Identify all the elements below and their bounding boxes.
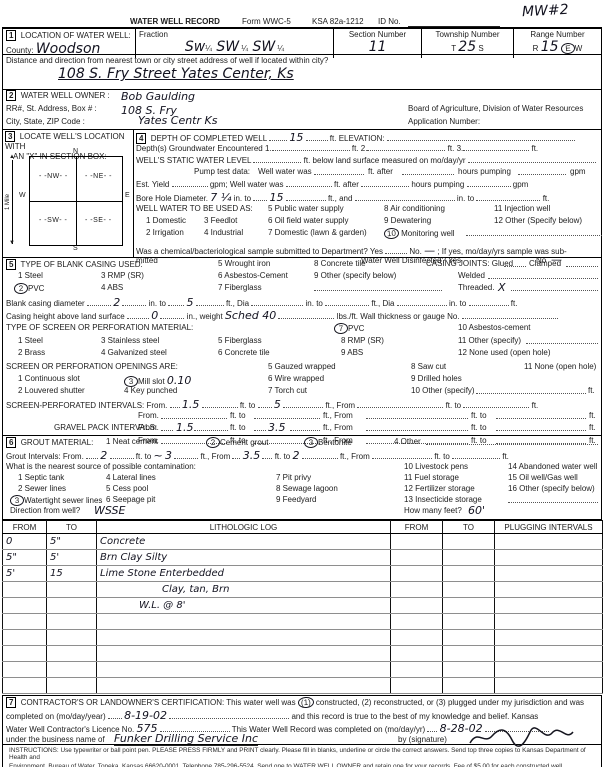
from-label-2: From. (138, 411, 159, 420)
sw-quadrant-label: - -SW- - (39, 217, 67, 224)
se-quadrant-label: - -SE- - (85, 217, 112, 224)
dots (526, 336, 598, 344)
dots (258, 400, 272, 408)
screen-pvc-number: 7 (334, 323, 349, 335)
dots (232, 451, 240, 459)
dots (469, 298, 509, 306)
casing-diameter-value: 2 (113, 296, 120, 309)
dots (496, 423, 586, 431)
east-label: E (125, 192, 130, 199)
gw-3: ft. 3. (448, 144, 464, 153)
bore-hole-label: Bore Hole Diameter. (136, 194, 208, 203)
distance-value: 108 S. Fry Street Yates Center, Ks (3, 66, 601, 82)
mill-slot-label: Mill slot (138, 377, 165, 386)
section-4-depth: 4 DEPTH OF COMPLETED WELL 15 ft. ELEVATI… (134, 130, 601, 257)
fraction-cell: Fraction Sw¼ SW ¼ SW ¼ (135, 29, 333, 58)
watertight-label: Watertight sewer lines (24, 496, 102, 505)
cell-log: Concrete (97, 534, 391, 550)
dots (290, 423, 320, 431)
dots (194, 423, 228, 431)
cell-log (97, 630, 391, 646)
cell-to: 5" (47, 534, 97, 550)
ft-label: ft. (531, 144, 538, 153)
option: 14 Abandoned water well (508, 462, 597, 471)
cell-pto (443, 598, 495, 614)
watertight-option: 3Watertight sewer lines (10, 495, 102, 506)
by-signature-label: by (signature) (398, 735, 447, 744)
application-number-label: Application Number: (408, 117, 480, 126)
table-row (3, 614, 603, 630)
from-label-5: From. (63, 452, 84, 461)
option: 1 Steel (18, 271, 43, 280)
option: 4 Lateral lines (106, 473, 156, 482)
cell-pto (443, 566, 495, 582)
dots (108, 711, 122, 719)
cell-from: 0 (3, 534, 47, 550)
section-6-grout: 6 GROUT MATERIAL: 1 Neat cement 2Cement … (2, 436, 602, 520)
option: 4 Other (394, 437, 421, 446)
dots (355, 193, 455, 201)
grout-intervals-label: Grout Intervals: (6, 452, 61, 461)
distance-row: Distance and direction from nearest town… (2, 55, 602, 90)
dots (511, 283, 598, 291)
option: 1 Continuous slot (18, 374, 80, 383)
table-row (3, 678, 603, 694)
option: 8 Sewage lagoon (276, 484, 338, 493)
signature-scrawl (466, 727, 576, 747)
option: 10 Asbestos-cement (458, 323, 530, 332)
mile-arrow-line (12, 160, 13, 244)
ft-from-label-2: ft., From (323, 411, 353, 420)
cell-log (97, 678, 391, 694)
cell-pfrom (391, 646, 443, 662)
use-as-title: WELL WATER TO BE USED AS: (136, 204, 253, 213)
township-cell: Township Number T 25 S (421, 29, 513, 58)
dots (160, 724, 230, 732)
dots (372, 451, 432, 459)
fraction-2: SW (216, 39, 239, 55)
fraction-label: Fraction (139, 30, 330, 39)
ft-label-9: ft. (502, 452, 509, 461)
option: 6 Oil field water supply (268, 216, 348, 225)
cell-plug (495, 630, 603, 646)
dots (476, 193, 540, 201)
in-to-label-3: in. to (149, 299, 166, 308)
cell-pto (443, 534, 495, 550)
dots (196, 298, 224, 306)
cell-pfrom (391, 582, 443, 598)
col-lithologic-log: LITHOLOGIC LOG (97, 521, 391, 534)
bentonite-number: 3 (304, 437, 319, 449)
dots (272, 143, 350, 151)
cell-from (3, 662, 47, 678)
to-label-11: ft. to (434, 452, 450, 461)
openings-title: SCREEN OR PERFORATION OPENINGS ARE: (6, 362, 178, 371)
section-number-label: Section Number (337, 30, 418, 39)
dots (426, 437, 598, 445)
cell-pfrom (391, 534, 443, 550)
cell-from (3, 646, 47, 662)
ft-label-5: ft. (532, 401, 539, 410)
range-w: W (575, 44, 583, 53)
cell-pfrom (391, 678, 443, 694)
grout-to-1: 3 (165, 449, 172, 462)
pvc-option-circled: 2PVC (14, 283, 44, 294)
section-7-certification: 7 CONTRACTOR'S OR LANDOWNER'S CERTIFICAT… (2, 695, 602, 745)
dots (170, 400, 180, 408)
cell-to (47, 614, 97, 630)
dots (314, 283, 442, 291)
option: 6 Seepage pit (106, 495, 155, 504)
dots (253, 193, 267, 201)
to-label-5: ft. to (230, 423, 246, 432)
grout-to-2: 2 (292, 449, 299, 462)
cell-pto (443, 662, 495, 678)
west-label: W (19, 192, 26, 199)
ft-from-label-3: ft., From (323, 423, 353, 432)
option: 9 Feedyard (276, 495, 316, 504)
screen-pvc-label: PVC (348, 324, 364, 333)
cell-to (47, 630, 97, 646)
table-row (3, 662, 603, 678)
cert-pre: This water well was (226, 698, 295, 707)
option: 2 Sewer lines (18, 484, 66, 493)
casing-joints-clamped: Clamped (529, 259, 561, 268)
direction-label: Direction from well? (10, 506, 80, 515)
table-row: 0 5" Concrete (3, 534, 603, 550)
pump-test-label: Pump test data: (194, 167, 250, 176)
pvc-circled-number: 2 (14, 283, 29, 295)
section-1-number: 1 (6, 30, 16, 41)
dots (254, 411, 320, 419)
dots (496, 411, 586, 419)
table-row: Clay, tan, Brn (3, 582, 603, 598)
casing-height-value: 0 (151, 309, 158, 322)
cell-pto (443, 550, 495, 566)
ft-from-label: ft., From (325, 401, 355, 410)
dots (397, 298, 447, 306)
est-www: Well water was (230, 180, 284, 189)
casing-depth-value: 5 (186, 296, 193, 309)
dots (462, 311, 558, 319)
cell-pto (443, 614, 495, 630)
section-3-locate: 3 LOCATE WELL'S LOCATION WITH AN "X" IN … (3, 130, 134, 257)
ft-label-7: ft. (589, 423, 596, 432)
dots (402, 167, 454, 175)
option: 9 ABS (341, 348, 363, 357)
option: 5 Public water supply (268, 204, 344, 213)
hours-pumping-label-2: hours pumping (411, 180, 464, 189)
screen-perforated-label: SCREEN-PERFORATED INTERVALS: (6, 401, 144, 410)
range-cell: Range Number R 15 EW (513, 29, 601, 58)
cell-to (47, 598, 97, 614)
cell-to: 15 (47, 566, 97, 582)
option: 12 None used (open hole) (458, 348, 551, 357)
option: 3 RMP (SR) (101, 271, 144, 280)
cell-to (47, 582, 97, 598)
option: 2 Irrigation (146, 228, 184, 237)
screen-pvc-circled: 7PVC (334, 323, 364, 334)
monitoring-label: Monitoring well (401, 229, 454, 238)
option: 7 Fiberglass (218, 283, 262, 292)
section-2-number: 2 (6, 90, 16, 101)
sample-question: Was a chemical/bacteriological sample su… (136, 247, 383, 256)
record-completed-label: This Water Well Record was completed on … (232, 725, 425, 734)
option: 4 ABS (101, 283, 123, 292)
weight-tail-label: lbs./ft. Wall thickness or gauge No. (337, 312, 460, 321)
cement-grout-label: Cement grout (220, 438, 268, 447)
contamination-question: What is the nearest source of possible c… (6, 462, 196, 471)
dots (566, 259, 598, 267)
dots (283, 400, 323, 408)
option: 7 Pit privy (276, 473, 311, 482)
section-2-owner: 2 WATER WELL OWNER : Bob Gaulding RR#, S… (2, 90, 602, 130)
north-label: N (73, 148, 79, 155)
mile-arrow-down: ▼ (9, 240, 15, 246)
table-row (3, 646, 603, 662)
cell-from (3, 678, 47, 694)
dots (361, 179, 409, 187)
dots (325, 298, 369, 306)
section-6-number: 6 (6, 437, 16, 448)
sample-tail: ; If yes, mo/day/yrs sample was sub- (437, 247, 566, 256)
depth-completed-label: DEPTH OF COMPLETED WELL (151, 134, 267, 143)
lithologic-log-table: FROM TO LITHOLOGIC LOG FROM TO PLUGGING … (2, 520, 603, 694)
bentonite-label: Bentonite (318, 438, 352, 447)
cell-log (97, 614, 391, 630)
to-label-9: ft. to (136, 452, 152, 461)
to-label-3: ft. to (230, 411, 246, 420)
section-square: - -NW- - - -NE- - - -SW- - - -SE- - (29, 156, 123, 246)
to-label-6: ft. to (471, 423, 487, 432)
dots (463, 400, 529, 408)
feet-value: 60' (468, 504, 485, 517)
dots (202, 400, 238, 408)
mile-arrow-up: ▲ (9, 154, 15, 160)
option: 1 Septic tank (18, 473, 64, 482)
dots (463, 143, 529, 151)
in-to-label-2: in. to (457, 194, 474, 203)
to-label-2: ft. to (446, 401, 462, 410)
cell-to (47, 646, 97, 662)
bore-depth-value: 15 (269, 191, 283, 204)
statute-ref: KSA 82a-1212 (312, 17, 364, 26)
section-1-location: 1 LOCATION OF WATER WELL: County: Woodso… (2, 27, 602, 55)
cell-from: 5' (3, 566, 47, 582)
threaded-checkmark: X (498, 281, 506, 294)
option: 5 Fiberglass (218, 336, 262, 345)
dots (488, 271, 598, 279)
constructed-circled: (1) (298, 696, 315, 708)
option: 11 Injection well (494, 204, 550, 213)
quarter-mark: ¼ (277, 44, 284, 53)
option: 11 Fuel storage (404, 473, 459, 482)
cement-grout-option: 2Cement grout (206, 437, 268, 448)
option: 13 Insecticide storage (404, 495, 482, 504)
form-number: Form WWC-5 (242, 17, 291, 26)
dots (251, 298, 303, 306)
dots (314, 167, 364, 175)
groundwater-label: Depth(s) Groundwater Encountered (136, 144, 263, 153)
cell-pto (443, 582, 495, 598)
table-row: W.L. @ 8' (3, 598, 603, 614)
dots (278, 311, 334, 319)
cell-pfrom (391, 550, 443, 566)
location-cell: 1 LOCATION OF WATER WELL: County: Woodso… (3, 29, 135, 58)
instructions-line-1: INSTRUCTIONS: Use typewriter or ball poi… (9, 747, 595, 761)
fraction-1: Sw (185, 39, 205, 55)
option: 8 Air conditioning (384, 204, 445, 213)
grout-from-1: 2 (100, 449, 107, 462)
col-from-2: FROM (391, 521, 443, 534)
no-label: No. (409, 247, 421, 256)
dots (269, 133, 287, 141)
spi-to-value: 5 (274, 398, 281, 411)
township-label: Township Number (425, 30, 510, 39)
certification-label: CONTRACTOR'S OR LANDOWNER'S CERTIFICATIO… (21, 698, 225, 707)
dots (86, 451, 98, 459)
direction-value: WSSE (94, 504, 125, 517)
monitoring-well-option: 10 Monitoring well (384, 228, 455, 239)
section-5-number: 5 (6, 259, 16, 270)
south-label: S (73, 245, 78, 252)
option: 6 Asbestos-Cement (218, 271, 288, 280)
option: 8 Concrete tile (314, 259, 366, 268)
cert-post: constructed, (2) reconstructed, or (3) p… (316, 698, 584, 707)
after-label-2: ft. after (334, 180, 359, 189)
option: 8 RMP (SR) (341, 336, 384, 345)
cell-pfrom (391, 614, 443, 630)
water-well-record-form: MW#2 WATER WELL RECORD Form WWC-5 KSA 82… (0, 0, 604, 767)
section-5-title: TYPE OF BLANK CASING USED: (21, 260, 143, 269)
option: 5 Gauzed wrapped (268, 362, 336, 371)
township-value: 25 (458, 39, 476, 55)
dots (468, 155, 596, 163)
pump-www: Well water was (258, 167, 312, 176)
col-from: FROM (3, 521, 47, 534)
gpm-label-2: gpm (513, 180, 529, 189)
option: 10 Other (specify) (411, 386, 475, 395)
hours-pumping-label: hours pumping (458, 167, 511, 176)
dots (174, 451, 198, 459)
range-value: 15 (541, 39, 559, 55)
cell-pto (443, 678, 495, 694)
cell-plug (495, 582, 603, 598)
business-name-value: Funker Drilling Service Inc (114, 732, 258, 746)
cell-pfrom (391, 630, 443, 646)
dots (262, 451, 272, 459)
weight-value: Sched 40 (225, 309, 276, 322)
agency-name: Board of Agriculture, Division of Water … (408, 104, 583, 113)
cell-pto (443, 646, 495, 662)
section-number-value: 11 (337, 39, 418, 55)
option: 16 Other (specify below) (508, 484, 595, 493)
location-grid: 1 LOCATION OF WATER WELL: County: Woodso… (3, 29, 601, 54)
business-name-label: under the business name of (6, 735, 105, 744)
option: 6 Concrete tile (218, 348, 270, 357)
from-label: From. (146, 401, 167, 410)
option: 7 Torch cut (268, 386, 307, 395)
cell-from: 5" (3, 550, 47, 566)
casing-joints-threaded: Threaded. (458, 283, 494, 292)
section-5-casing: 5 TYPE OF BLANK CASING USED: 5 Wrought i… (2, 258, 602, 436)
in-to-label: in. to (234, 194, 251, 203)
section-7-number: 7 (6, 697, 16, 708)
instructions-line-2: Environment, Bureau of Water, Topeka, Ka… (9, 763, 595, 767)
dots (87, 298, 111, 306)
dots (357, 400, 443, 408)
blank-casing-diameter-label: Blank casing diameter (6, 299, 85, 308)
option: 10 Livestock pens (404, 462, 468, 471)
gw-2: ft. 2. (352, 144, 368, 153)
ft-from-label-6: ft., From (340, 452, 370, 461)
owner-city-value: Yates Centr Ks (138, 114, 217, 127)
col-to: TO (47, 521, 97, 534)
elevation-label: ft. ELEVATION: (330, 134, 385, 143)
dots (161, 411, 227, 419)
dots (504, 259, 526, 267)
instructions-box: INSTRUCTIONS: Use typewriter or ball poi… (2, 745, 602, 767)
dots (385, 246, 407, 254)
dots (286, 193, 326, 201)
table-header-row: FROM TO LITHOLOGIC LOG FROM TO PLUGGING … (3, 521, 603, 534)
table-row: 5' 15 Lime Stone Enterbedded (3, 566, 603, 582)
monitoring-circled-number: 10 (384, 227, 400, 239)
cell-log: W.L. @ 8' (97, 598, 391, 614)
dots (367, 143, 445, 151)
gpi-to-value: 3.5 (268, 421, 286, 434)
weight-label: in., weight (187, 312, 223, 321)
cell-from (3, 630, 47, 646)
option: 12 Fertilizer storage (404, 484, 475, 493)
section-6-title: GROUT MATERIAL: (21, 438, 94, 447)
watertight-number: 3 (10, 495, 25, 507)
quarter-mark: ¼ (241, 44, 248, 53)
gpm-label: gpm (570, 167, 586, 176)
dots (110, 451, 134, 459)
owner-address-label: RR#, St. Address, Box # : (6, 104, 97, 113)
option: 2 Brass (18, 348, 45, 357)
static-level-mid: ft. below land surface measured on mo/da… (304, 156, 466, 165)
dots (254, 423, 266, 431)
ft-label-3: ft. (511, 299, 518, 308)
ft-from-label-5: ft., From (200, 452, 230, 461)
grout-from-2: 3.5 (243, 449, 261, 462)
option: 11 None (open hole) (524, 362, 596, 371)
option: 6 Wire wrapped (268, 374, 324, 383)
dots (366, 411, 468, 419)
dots (508, 495, 598, 503)
dots (476, 386, 586, 394)
dots (161, 423, 173, 431)
cell-to (47, 678, 97, 694)
dots (518, 167, 566, 175)
option: 9 Drilled holes (411, 374, 462, 383)
cell-pfrom (391, 662, 443, 678)
dots (253, 155, 301, 163)
dots (169, 711, 289, 719)
from-label-3: From. (138, 423, 159, 432)
cement-grout-number: 2 (206, 437, 221, 449)
option: 1 Neat cement (106, 437, 158, 446)
casing-joints-glued: CASING JOINTS: Glued (426, 259, 513, 268)
dots (366, 423, 468, 431)
cell-plug (495, 598, 603, 614)
distance-question: Distance and direction from nearest town… (3, 55, 601, 66)
cell-from (3, 614, 47, 630)
option: 4 Galvanized steel (101, 348, 167, 357)
id-label: ID No. (378, 17, 401, 26)
